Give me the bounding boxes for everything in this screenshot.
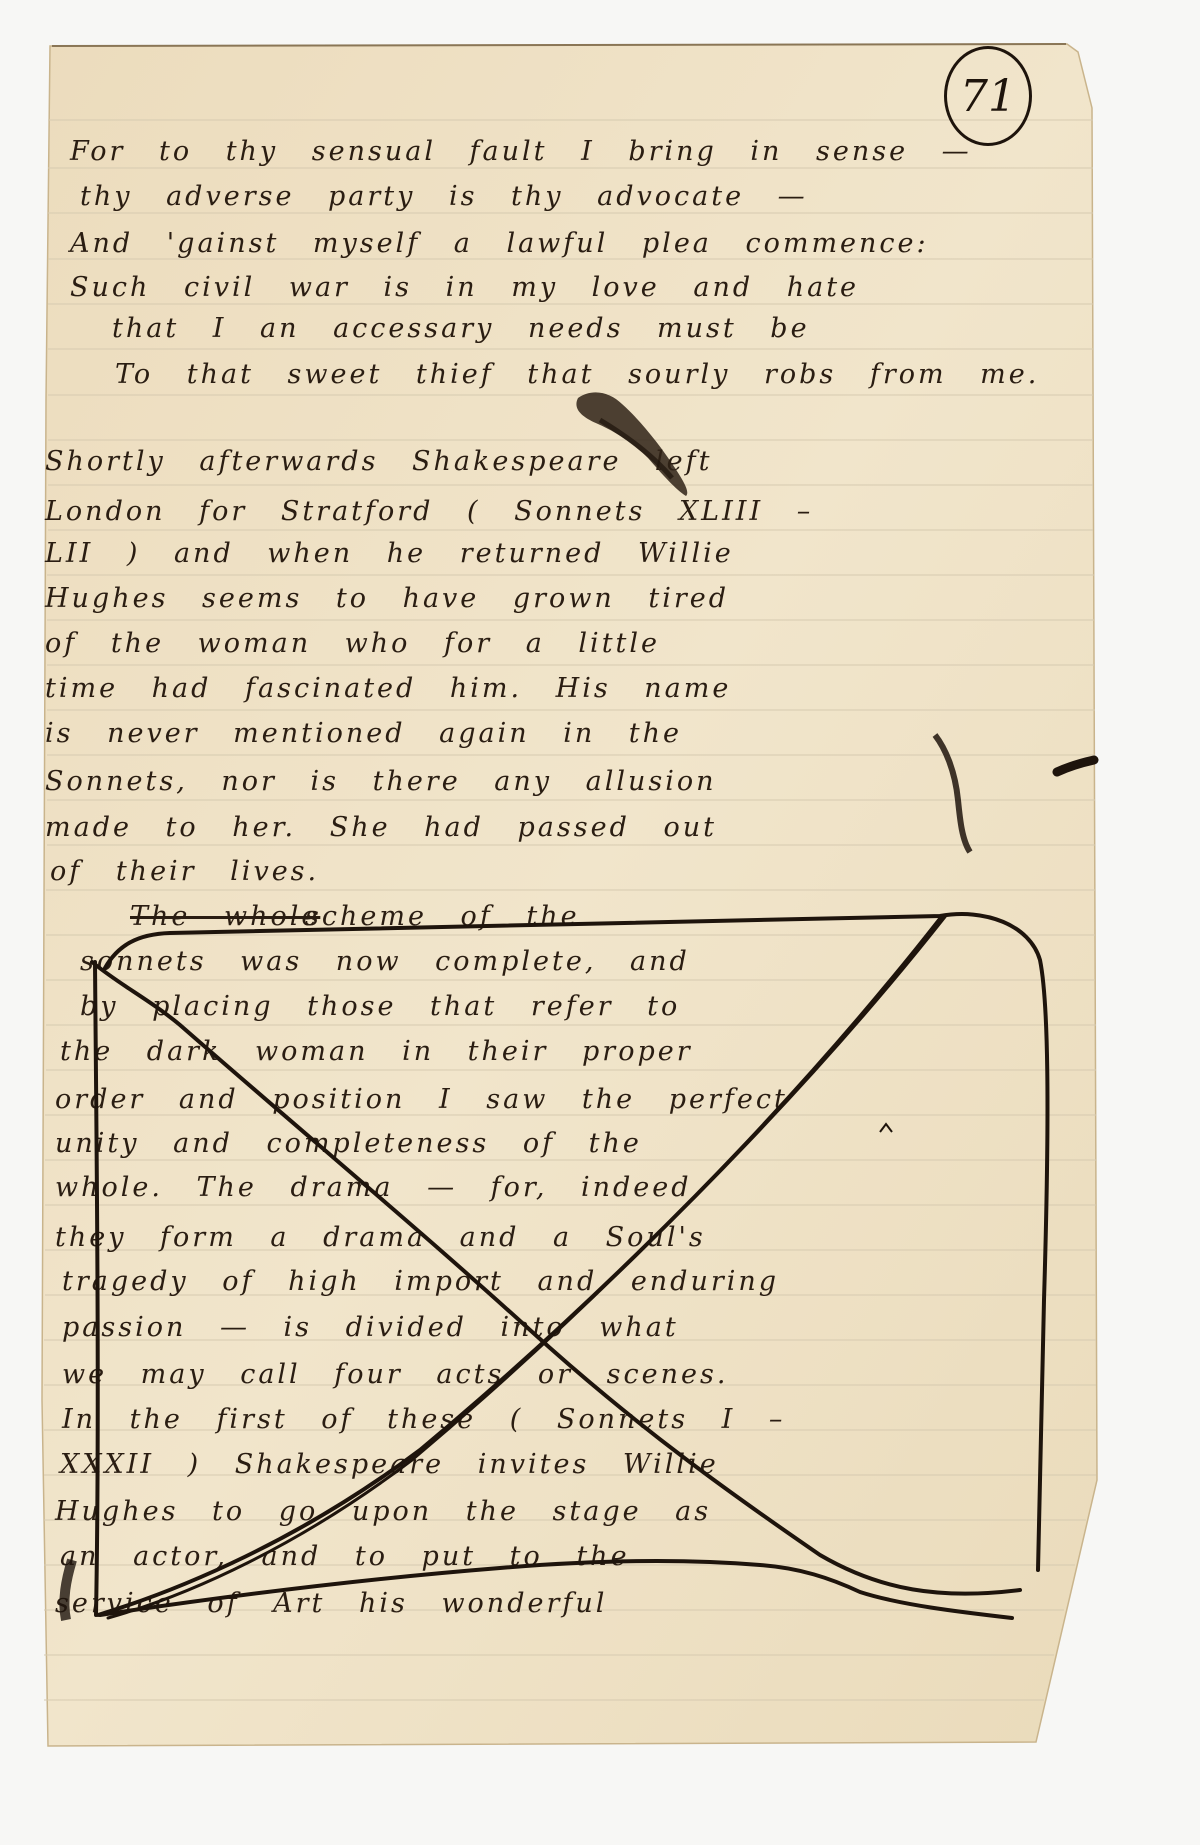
text-line: is never mentioned again in the	[45, 720, 682, 747]
text-line: thy adverse party is thy advocate —	[80, 183, 808, 210]
text-line: service of Art his wonderful	[55, 1590, 607, 1617]
text-line: whole. The drama — for, indeed,	[55, 1174, 703, 1201]
text-line: In the first of these ( Sonnets I –	[62, 1406, 785, 1433]
text-line: order and position I saw the perfect	[55, 1086, 788, 1113]
text-line: made to her. She had passed out	[45, 814, 717, 841]
manuscript-page: 71 For to thy sensual fault I bring in s…	[0, 0, 1200, 1845]
text-line: Shortly afterwards Shakespeare left	[45, 448, 713, 475]
text-line: scheme of the	[305, 903, 580, 930]
text-line: London for Stratford ( Sonnets XLIII –	[45, 498, 813, 525]
text-line: of their lives.	[50, 858, 319, 885]
struck-text-line: The whole	[130, 903, 320, 930]
text-line: they form a drama and a Soul's	[55, 1224, 706, 1251]
text-line: we may call four acts or scenes.	[62, 1361, 728, 1388]
folio-number: 71	[944, 46, 1032, 146]
text-line: an actor, and to put to the	[60, 1543, 630, 1570]
text-line: passion — is divided into what	[62, 1314, 679, 1341]
text-line: that I an accessary needs must be	[112, 315, 810, 342]
text-line: For to thy sensual fault I bring in sens…	[70, 138, 972, 165]
text-line: Such civil war is in my love and hate	[70, 274, 859, 301]
text-line: To that sweet thief that sourly robs fro…	[115, 361, 1039, 388]
text-line: Hughes seems to have grown tired	[45, 585, 729, 612]
text-line: time had fascinated him. His name	[45, 675, 731, 702]
text-line: And 'gainst myself a lawful plea commenc…	[70, 230, 929, 257]
text-line: tragedy of high import and enduring	[62, 1268, 779, 1295]
text-line: unity and completeness of the	[55, 1130, 642, 1157]
text-line: Sonnets, nor is there any allusion	[45, 768, 717, 795]
text-line: of the woman who for a little	[45, 630, 660, 657]
text-line: Hughes to go upon the stage as	[55, 1498, 711, 1525]
text-line: XXXII ) Shakespeare invites Willie	[60, 1451, 719, 1478]
text-line: by placing those that refer to	[80, 993, 680, 1020]
text-line: LII ) and when he returned Willie	[45, 540, 734, 567]
text-line: sonnets was now complete, and	[80, 948, 690, 975]
text-line: the dark woman in their proper	[60, 1038, 693, 1065]
